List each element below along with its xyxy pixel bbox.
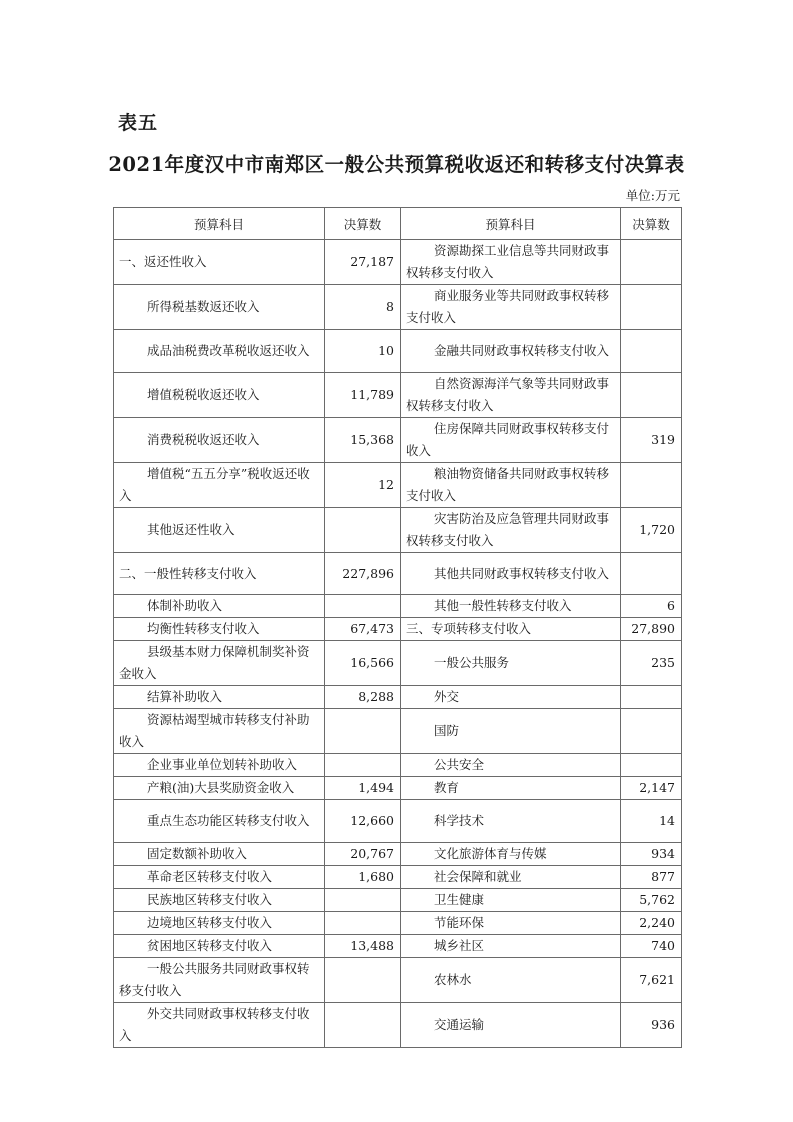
item-value-left [325, 595, 401, 618]
table-row: 革命老区转移支付收入1,680社会保障和就业877 [114, 866, 682, 889]
header-item-right: 预算科目 [401, 208, 621, 240]
item-value-left: 13,488 [325, 935, 401, 958]
item-value-right [621, 285, 682, 330]
item-value-right: 1,720 [621, 508, 682, 553]
table-row: 均衡性转移支付收入67,473三、专项转移支付收入27,890 [114, 618, 682, 641]
item-value-right [621, 553, 682, 595]
item-value-right: 740 [621, 935, 682, 958]
item-value-right: 934 [621, 843, 682, 866]
header-value-left: 决算数 [325, 208, 401, 240]
item-name-right: 其他共同财政事权转移支付收入 [401, 553, 621, 595]
item-value-left [325, 754, 401, 777]
item-name-left: 产粮(油)大县奖励资金收入 [114, 777, 325, 800]
table-row: 一、返还性收入27,187资源勘探工业信息等共同财政事权转移支付收入 [114, 240, 682, 285]
item-name-right: 城乡社区 [401, 935, 621, 958]
item-name-right: 资源勘探工业信息等共同财政事权转移支付收入 [401, 240, 621, 285]
item-value-right: 7,621 [621, 958, 682, 1003]
item-name-left: 边境地区转移支付收入 [114, 912, 325, 935]
item-value-right [621, 463, 682, 508]
item-name-left: 消费税税收返还收入 [114, 418, 325, 463]
item-value-right [621, 240, 682, 285]
item-value-left: 1,494 [325, 777, 401, 800]
item-name-left: 所得税基数返还收入 [114, 285, 325, 330]
item-value-left: 12 [325, 463, 401, 508]
table-row: 消费税税收返还收入15,368住房保障共同财政事权转移支付收入319 [114, 418, 682, 463]
table-header-row: 预算科目 决算数 预算科目 决算数 [114, 208, 682, 240]
item-value-left: 15,368 [325, 418, 401, 463]
item-value-left: 20,767 [325, 843, 401, 866]
item-name-left: 革命老区转移支付收入 [114, 866, 325, 889]
item-value-left: 16,566 [325, 641, 401, 686]
item-name-right: 粮油物资储备共同财政事权转移支付收入 [401, 463, 621, 508]
item-name-left: 固定数额补助收入 [114, 843, 325, 866]
item-value-right [621, 373, 682, 418]
table-row: 企业事业单位划转补助收入公共安全 [114, 754, 682, 777]
item-name-right: 其他一般性转移支付收入 [401, 595, 621, 618]
item-value-right: 14 [621, 800, 682, 843]
item-name-left: 重点生态功能区转移支付收入 [114, 800, 325, 843]
table-row: 外交共同财政事权转移支付收入交通运输936 [114, 1003, 682, 1048]
item-value-left: 11,789 [325, 373, 401, 418]
item-name-left: 民族地区转移支付收入 [114, 889, 325, 912]
item-value-left: 8,288 [325, 686, 401, 709]
item-name-right: 社会保障和就业 [401, 866, 621, 889]
item-value-right: 936 [621, 1003, 682, 1048]
item-value-left [325, 508, 401, 553]
item-value-left [325, 709, 401, 754]
item-name-right: 农林水 [401, 958, 621, 1003]
item-value-left: 227,896 [325, 553, 401, 595]
table-row: 体制补助收入其他一般性转移支付收入6 [114, 595, 682, 618]
table-row: 成品油税费改革税收返还收入10金融共同财政事权转移支付收入 [114, 330, 682, 373]
item-name-right: 文化旅游体育与传媒 [401, 843, 621, 866]
item-name-left: 结算补助收入 [114, 686, 325, 709]
item-name-right: 卫生健康 [401, 889, 621, 912]
table-row: 贫困地区转移支付收入13,488城乡社区740 [114, 935, 682, 958]
item-name-right: 外交 [401, 686, 621, 709]
item-value-left: 1,680 [325, 866, 401, 889]
item-name-right: 三、专项转移支付收入 [401, 618, 621, 641]
header-value-right: 决算数 [621, 208, 682, 240]
item-name-right: 节能环保 [401, 912, 621, 935]
item-value-right: 2,240 [621, 912, 682, 935]
item-value-right [621, 754, 682, 777]
item-name-right: 国防 [401, 709, 621, 754]
table-row: 民族地区转移支付收入卫生健康5,762 [114, 889, 682, 912]
table-row: 结算补助收入8,288外交 [114, 686, 682, 709]
table-row: 增值税税收返还收入11,789自然资源海洋气象等共同财政事权转移支付收入 [114, 373, 682, 418]
item-value-left [325, 1003, 401, 1048]
item-value-right: 319 [621, 418, 682, 463]
unit-label: 单位:万元 [626, 186, 680, 204]
item-name-left: 外交共同财政事权转移支付收入 [114, 1003, 325, 1048]
item-value-left: 8 [325, 285, 401, 330]
item-name-left: 增值税“五五分享”税收返还收入 [114, 463, 325, 508]
table-row: 增值税“五五分享”税收返还收入12粮油物资储备共同财政事权转移支付收入 [114, 463, 682, 508]
item-name-left: 县级基本财力保障机制奖补资金收入 [114, 641, 325, 686]
item-value-left: 12,660 [325, 800, 401, 843]
item-name-left: 一、返还性收入 [114, 240, 325, 285]
item-value-left [325, 958, 401, 1003]
item-name-right: 自然资源海洋气象等共同财政事权转移支付收入 [401, 373, 621, 418]
table-label: 表五 [118, 108, 158, 135]
item-name-left: 企业事业单位划转补助收入 [114, 754, 325, 777]
item-name-right: 商业服务业等共同财政事权转移支付收入 [401, 285, 621, 330]
item-value-right [621, 330, 682, 373]
item-value-right: 235 [621, 641, 682, 686]
item-name-left: 均衡性转移支付收入 [114, 618, 325, 641]
budget-table: 预算科目 决算数 预算科目 决算数 一、返还性收入27,187资源勘探工业信息等… [113, 207, 682, 1048]
item-name-left: 资源枯竭型城市转移支付补助收入 [114, 709, 325, 754]
item-name-left: 其他返还性收入 [114, 508, 325, 553]
item-name-right: 公共安全 [401, 754, 621, 777]
item-value-left: 10 [325, 330, 401, 373]
item-value-left: 27,187 [325, 240, 401, 285]
item-name-right: 灾害防治及应急管理共同财政事权转移支付收入 [401, 508, 621, 553]
item-name-left: 体制补助收入 [114, 595, 325, 618]
table-row: 一般公共服务共同财政事权转移支付收入农林水7,621 [114, 958, 682, 1003]
table-row: 所得税基数返还收入8商业服务业等共同财政事权转移支付收入 [114, 285, 682, 330]
item-value-left [325, 912, 401, 935]
table-row: 其他返还性收入灾害防治及应急管理共同财政事权转移支付收入1,720 [114, 508, 682, 553]
table-row: 固定数额补助收入20,767文化旅游体育与传媒934 [114, 843, 682, 866]
table-row: 边境地区转移支付收入节能环保2,240 [114, 912, 682, 935]
table-row: 产粮(油)大县奖励资金收入1,494教育2,147 [114, 777, 682, 800]
item-name-left: 贫困地区转移支付收入 [114, 935, 325, 958]
item-name-right: 一般公共服务 [401, 641, 621, 686]
item-name-right: 交通运输 [401, 1003, 621, 1048]
item-name-right: 住房保障共同财政事权转移支付收入 [401, 418, 621, 463]
item-name-right: 科学技术 [401, 800, 621, 843]
item-value-right: 2,147 [621, 777, 682, 800]
item-value-right: 877 [621, 866, 682, 889]
item-value-right: 27,890 [621, 618, 682, 641]
table-row: 县级基本财力保障机制奖补资金收入16,566一般公共服务235 [114, 641, 682, 686]
item-name-right: 教育 [401, 777, 621, 800]
item-name-right: 金融共同财政事权转移支付收入 [401, 330, 621, 373]
item-value-left [325, 889, 401, 912]
table-row: 二、一般性转移支付收入227,896其他共同财政事权转移支付收入 [114, 553, 682, 595]
item-name-left: 增值税税收返还收入 [114, 373, 325, 418]
item-value-right [621, 686, 682, 709]
item-value-right [621, 709, 682, 754]
item-value-right: 6 [621, 595, 682, 618]
header-item-left: 预算科目 [114, 208, 325, 240]
item-name-left: 二、一般性转移支付收入 [114, 553, 325, 595]
table-row: 重点生态功能区转移支付收入12,660科学技术14 [114, 800, 682, 843]
item-name-left: 一般公共服务共同财政事权转移支付收入 [114, 958, 325, 1003]
item-value-right: 5,762 [621, 889, 682, 912]
item-name-left: 成品油税费改革税收返还收入 [114, 330, 325, 373]
document-title: 2021年度汉中市南郑区一般公共预算税收返还和转移支付决算表 [0, 149, 793, 177]
table-row: 资源枯竭型城市转移支付补助收入国防 [114, 709, 682, 754]
item-value-left: 67,473 [325, 618, 401, 641]
